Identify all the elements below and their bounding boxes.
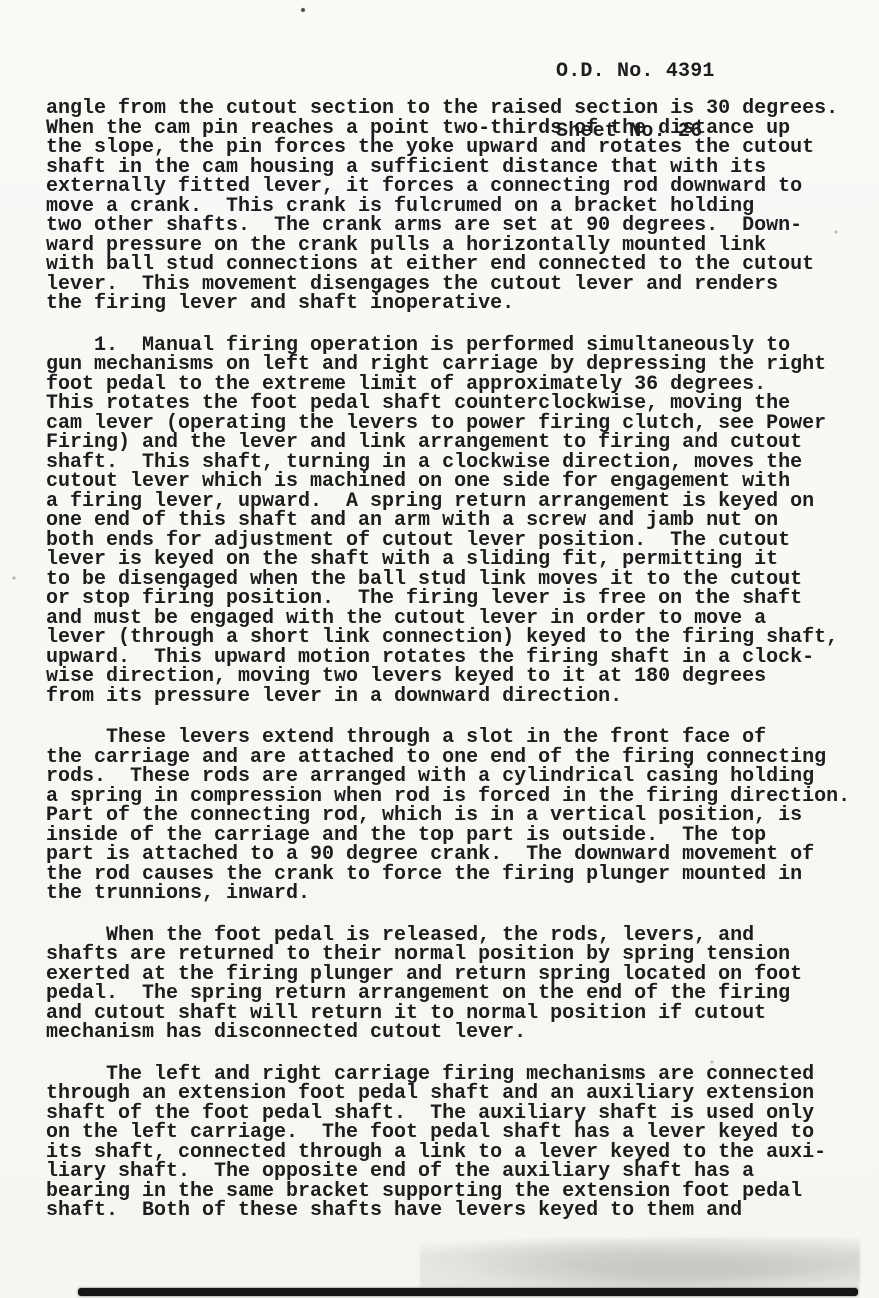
document-page: O.D. No. 4391 Sheet No. 26 angle from th… [0,0,879,1298]
paragraph-3: These levers extend through a slot in th… [46,728,866,904]
paragraph-4: When the foot pedal is released, the rod… [46,926,866,1043]
paragraph-5: The left and right carriage firing mecha… [46,1065,866,1221]
paragraph-2: 1. Manual firing operation is performed … [46,336,866,707]
scan-smudge [420,1238,860,1290]
od-number: O.D. No. 4391 [556,62,715,82]
paragraph-1: angle from the cutout section to the rai… [46,99,866,314]
scan-edge-bar [78,1288,858,1296]
document-body: angle from the cutout section to the rai… [46,99,866,1243]
